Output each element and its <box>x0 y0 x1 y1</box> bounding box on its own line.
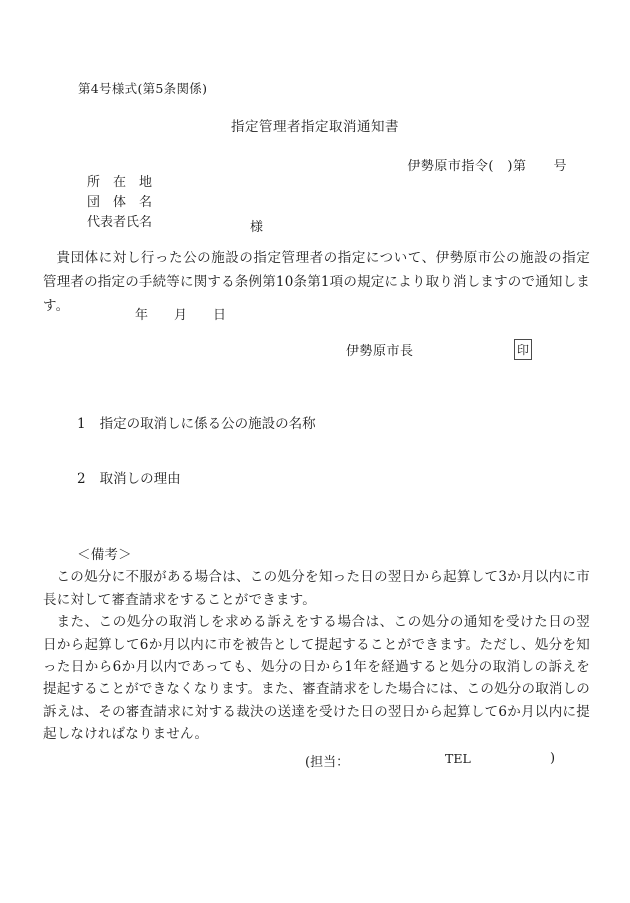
document-title: 指定管理者指定取消通知書 <box>0 115 630 135</box>
contact-close-paren: ) <box>550 751 555 766</box>
remarks-paragraph-lawsuit: また、この処分の取消しを求める訴えをする場合は、この処分の通知を受けた日の翌日か… <box>43 611 590 745</box>
addressee-honorific: 様 <box>250 216 263 235</box>
seal-stamp-box: 印 <box>514 339 532 360</box>
contact-person-label: (担当： <box>305 751 349 770</box>
form-number: 第4号様式(第5条関係) <box>78 79 207 97</box>
remarks-heading: ＜備考＞ <box>77 544 590 566</box>
remarks-paragraph-appeal: この処分に不服がある場合は、この処分を知った日の翌日から起算して3か月以内に市長… <box>43 566 590 611</box>
item-label: 指定の取消しに係る公の施設の名称 <box>100 416 316 432</box>
item-number: 2 <box>77 471 86 487</box>
addressee-address-label: 所 在 地 <box>87 176 152 196</box>
seal-character: 印 <box>517 341 529 358</box>
addressee-organization-label: 団 体 名 <box>87 196 152 216</box>
item-number: 1 <box>77 416 86 432</box>
numbered-item-cancellation-reason: 2取消しの理由 <box>77 467 181 487</box>
item-label: 取消しの理由 <box>100 471 181 487</box>
notification-body-paragraph: 貴団体に対し行った公の施設の指定管理者の指定について、伊勢原市公の施設の指定管理… <box>43 246 590 318</box>
document-page: 第4号様式(第5条関係) 指定管理者指定取消通知書 伊勢原市指令( )第 号 所… <box>0 0 630 903</box>
addressee-representative-label: 代表者氏名 <box>87 216 152 236</box>
reference-number: 伊勢原市指令( )第 号 <box>407 155 567 174</box>
issuer-mayor-name: 伊勢原市長 <box>346 340 414 359</box>
contact-tel-label: TEL <box>445 751 471 766</box>
numbered-item-facility-name: 1指定の取消しに係る公の施設の名称 <box>77 412 316 432</box>
remarks-section: ＜備考＞ この処分に不服がある場合は、この処分を知った日の翌日から起算して3か月… <box>43 544 590 746</box>
date-line: 年 月 日 <box>135 304 226 323</box>
addressee-block: 所 在 地 団 体 名 代表者氏名 様 <box>87 176 152 236</box>
